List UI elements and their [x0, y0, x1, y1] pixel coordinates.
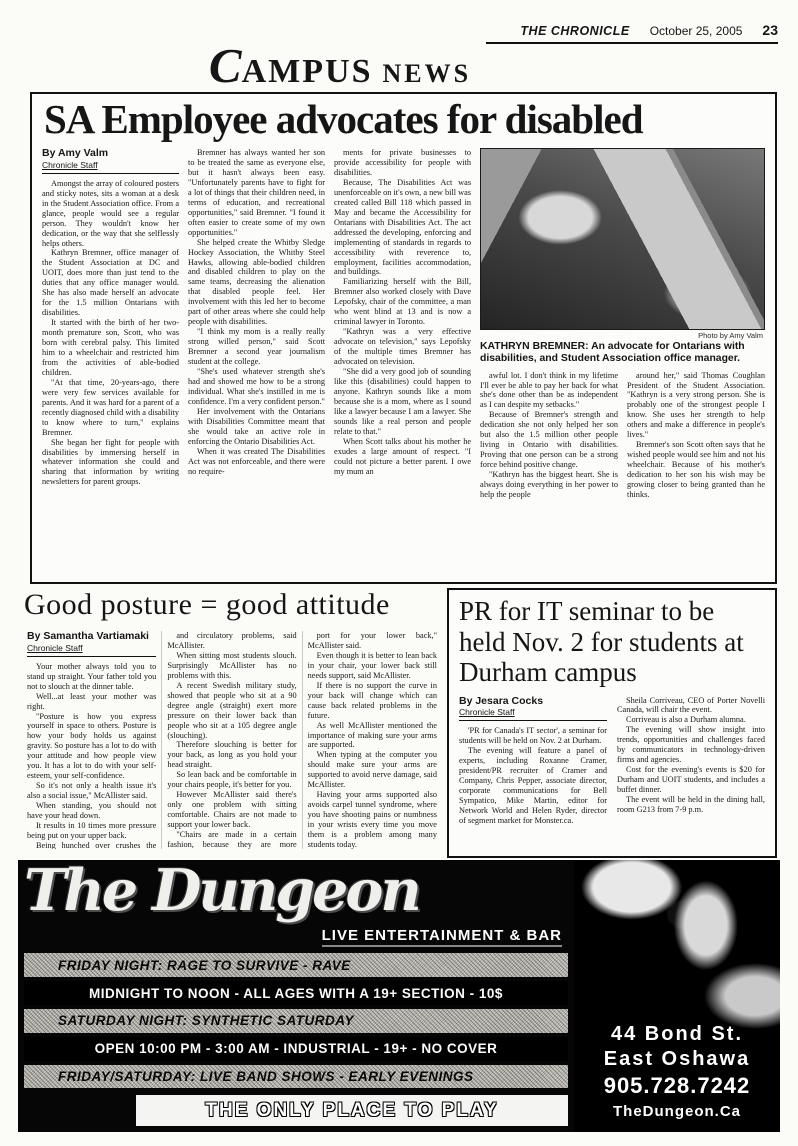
byline-role: Chronicle Staff	[459, 707, 607, 717]
posture-article: Good posture = good attitude By Samantha…	[22, 588, 442, 856]
byline-block: By Jesara Cocks Chronicle Staff	[459, 696, 607, 722]
column-text: around her," said Thomas Coughlan Presid…	[627, 371, 765, 500]
paragraph: port for your lower back," McAllister sa…	[308, 631, 437, 651]
pr-columns: By Jesara Cocks Chronicle Staff 'PR for …	[459, 696, 765, 854]
ad-event-row: SATURDAY NIGHT: SYNTHETIC SATURDAY	[24, 1009, 568, 1033]
ad-left-panel: The Dungeon LIVE ENTERTAINMENT & BAR FRI…	[18, 860, 574, 1132]
pr-column-1: By Jesara Cocks Chronicle Staff 'PR for …	[459, 696, 607, 854]
paragraph: When sitting most students slouch. Surpr…	[167, 651, 296, 681]
paragraph: "I think my mom is a really really stron…	[188, 327, 325, 367]
paragraph: A recent Swedish military study, showed …	[167, 681, 296, 741]
paragraph: It started with the birth of her two-mon…	[42, 318, 179, 378]
paragraph: If there is no support the curve in your…	[308, 681, 437, 721]
paragraph: However McAllister said there's only one…	[167, 790, 296, 830]
column-text: Bremner has always wanted her son to be …	[188, 148, 325, 476]
ad-event-row: FRIDAY/SATURDAY: LIVE BAND SHOWS - EARLY…	[24, 1065, 568, 1089]
ad-phone: 905.728.7242	[574, 1072, 780, 1101]
byline: By Samantha Vartiamaki	[27, 631, 156, 643]
paragraph: Kathryn Bremner, office manager of the S…	[42, 248, 179, 318]
section-masthead: CAMPUSNEWS	[40, 46, 640, 94]
paragraph: Bremner's son Scott often says that he w…	[627, 440, 765, 500]
ad-event-row: MIDNIGHT TO NOON - ALL AGES WITH A 19+ S…	[24, 981, 568, 1005]
paragraph: Your mother always told you to stand up …	[27, 662, 156, 692]
article-photo	[480, 148, 765, 330]
paragraph: Familiarizing herself with the Bill, Bre…	[334, 277, 471, 327]
article-column-1: By Amy Valm Chronicle Staff Amongst the …	[42, 148, 179, 536]
article-column-2: Bremner has always wanted her son to be …	[188, 148, 325, 536]
column-text: Your mother always told you to stand up …	[27, 662, 156, 849]
masthead-subtitle: NEWS	[383, 59, 472, 88]
paragraph: When standing, you should not have your …	[27, 801, 156, 821]
paragraph: 'PR for Canada's IT sector', a seminar f…	[459, 726, 607, 746]
ad-city: East Oshawa	[574, 1047, 780, 1072]
ad-tagline: LIVE ENTERTAINMENT & BAR	[322, 927, 562, 947]
byline: By Jesara Cocks	[459, 696, 607, 708]
paragraph: Bremner has always wanted her son to be …	[188, 148, 325, 238]
main-headline: SA Employee advocates for disabled	[44, 98, 765, 141]
paragraph: The event will be held in the dining hal…	[617, 795, 765, 815]
pr-article: PR for IT seminar to be held Nov. 2 for …	[447, 588, 777, 858]
column-text: Sheila Corriveau, CEO of Porter Novelli …	[617, 696, 765, 815]
paragraph: The evening will show insight into trend…	[617, 725, 765, 765]
photo-credit: Photo by Amy Valm	[480, 331, 763, 340]
paragraph: Cost for the evening's events is $20 for…	[617, 765, 765, 795]
ad-slogan: THE ONLY PLACE TO PLAY	[205, 1100, 498, 1122]
paragraph: The evening will feature a panel of expe…	[459, 746, 607, 826]
paragraph: When Scott talks about his mother he exu…	[334, 437, 471, 477]
paragraph: As well McAllister mentioned the importa…	[308, 721, 437, 751]
issue-date: October 25, 2005	[650, 24, 743, 38]
paragraph: Because, The Disabilities Act was unenfo…	[334, 178, 471, 278]
paragraph: So it's not only a health issue it's als…	[27, 781, 156, 801]
column-text: and circulatory problems, said McAlliste…	[167, 631, 296, 849]
paragraph: "Posture is how you express yourself in …	[27, 712, 156, 782]
paragraph: Being hunched over crushes the ribs and …	[27, 841, 156, 849]
column-text: port for your lower back," McAllister sa…	[308, 631, 437, 849]
byline-role: Chronicle Staff	[27, 643, 156, 653]
dungeon-logo: The Dungeon	[24, 864, 568, 925]
main-article: SA Employee advocates for disabled By Am…	[30, 92, 777, 584]
paragraph: Well...at least your mother was right.	[27, 692, 156, 712]
pr-column-2: Sheila Corriveau, CEO of Porter Novelli …	[617, 696, 765, 854]
paragraph: Having your arms supported also avoids c…	[308, 790, 437, 849]
paragraph: Therefore slouching is better for your b…	[167, 740, 296, 770]
byline: By Amy Valm	[42, 148, 179, 160]
article-column-5: around her," said Thomas Coughlan Presid…	[627, 371, 765, 536]
paragraph: "At that time, 20-years-ago, there were …	[42, 378, 179, 438]
posture-columns: By Samantha Vartiamaki Chronicle Staff Y…	[22, 631, 442, 849]
paragraph: "She did a very good job of sounding lik…	[334, 367, 471, 437]
byline-block: By Amy Valm Chronicle Staff	[42, 148, 179, 174]
paragraph: "Chairs are made in a certain fashion, b…	[167, 830, 296, 849]
main-article-columns: By Amy Valm Chronicle Staff Amongst the …	[42, 148, 765, 536]
paragraph: "She's used whatever strength she's had …	[188, 367, 325, 407]
column-text: Amongst the array of coloured posters an…	[42, 179, 179, 488]
paragraph: When it was created The Disabilities Act…	[188, 447, 325, 477]
paragraph: Even though it is better to lean back in…	[308, 651, 437, 681]
byline-role: Chronicle Staff	[42, 160, 179, 170]
paragraph: She helped create the Whitby Sledge Hock…	[188, 238, 325, 328]
page-number: 23	[762, 22, 778, 38]
page-header: THE CHRONICLE October 25, 2005 23	[486, 22, 778, 44]
photo-caption: KATHRYN BREMNER: An advocate for Ontaria…	[480, 341, 765, 366]
paragraph: and circulatory problems, said McAlliste…	[167, 631, 296, 651]
column-text: awful lot. I don't think in my lifetime …	[480, 371, 618, 500]
column-text: ments for private businesses to provide …	[334, 148, 471, 476]
paragraph: So lean back and be comfortable in your …	[167, 770, 296, 790]
paragraph: Her involvement with the Ontarians with …	[188, 407, 325, 447]
paragraph: Because of Bremner's strength and dedica…	[480, 410, 618, 470]
ad-street: 44 Bond St.	[574, 1022, 780, 1047]
posture-column-3: port for your lower back," McAllister sa…	[302, 631, 442, 849]
paragraph: Sheila Corriveau, CEO of Porter Novelli …	[617, 696, 765, 716]
masthead-title: AMPUS	[242, 53, 373, 90]
masthead-dropcap: C	[209, 38, 242, 93]
posture-column-1: By Samantha Vartiamaki Chronicle Staff Y…	[22, 631, 161, 849]
paragraph: "Kathryn has the biggest heart. She is a…	[480, 470, 618, 500]
byline-block: By Samantha Vartiamaki Chronicle Staff	[27, 631, 156, 657]
paragraph: She began her fight for people with disa…	[42, 438, 179, 488]
publication-name: THE CHRONICLE	[520, 24, 629, 38]
ad-website: TheDungeon.Ca	[574, 1101, 780, 1122]
paragraph: "Kathryn was a very effective advocate o…	[334, 327, 471, 367]
posture-headline: Good posture = good attitude	[24, 588, 442, 622]
ad-event-row: FRIDAY NIGHT: RAGE TO SURVIVE - RAVE	[24, 953, 568, 977]
paragraph: Amongst the array of coloured posters an…	[42, 179, 179, 249]
ad-face-image: 44 Bond St. East Oshawa 905.728.7242 The…	[574, 860, 780, 1132]
paragraph: It results in 10 times more pressure bei…	[27, 821, 156, 841]
ad-footer-bar: THE ONLY PLACE TO PLAY	[136, 1095, 568, 1126]
paragraph: awful lot. I don't think in my lifetime …	[480, 371, 618, 411]
paragraph: around her," said Thomas Coughlan Presid…	[627, 371, 765, 441]
paragraph: ments for private businesses to provide …	[334, 148, 471, 178]
article-column-3: ments for private businesses to provide …	[334, 148, 471, 536]
article-photo-section: Photo by Amy Valm KATHRYN BREMNER: An ad…	[480, 148, 765, 536]
ad-event-row: OPEN 10:00 PM - 3:00 AM - INDUSTRIAL - 1…	[24, 1037, 568, 1061]
posture-column-2: and circulatory problems, said McAlliste…	[161, 631, 301, 849]
dungeon-ad: The Dungeon LIVE ENTERTAINMENT & BAR FRI…	[18, 860, 780, 1132]
column-text: 'PR for Canada's IT sector', a seminar f…	[459, 726, 607, 826]
article-lower-columns: awful lot. I don't think in my lifetime …	[480, 371, 765, 536]
paragraph: Corriveau is also a Durham alumna.	[617, 715, 765, 725]
pr-headline: PR for IT seminar to be held Nov. 2 for …	[459, 596, 765, 688]
article-column-4: awful lot. I don't think in my lifetime …	[480, 371, 618, 536]
paragraph: When typing at the computer you should m…	[308, 750, 437, 790]
ad-address: 44 Bond St. East Oshawa 905.728.7242 The…	[574, 1022, 780, 1122]
